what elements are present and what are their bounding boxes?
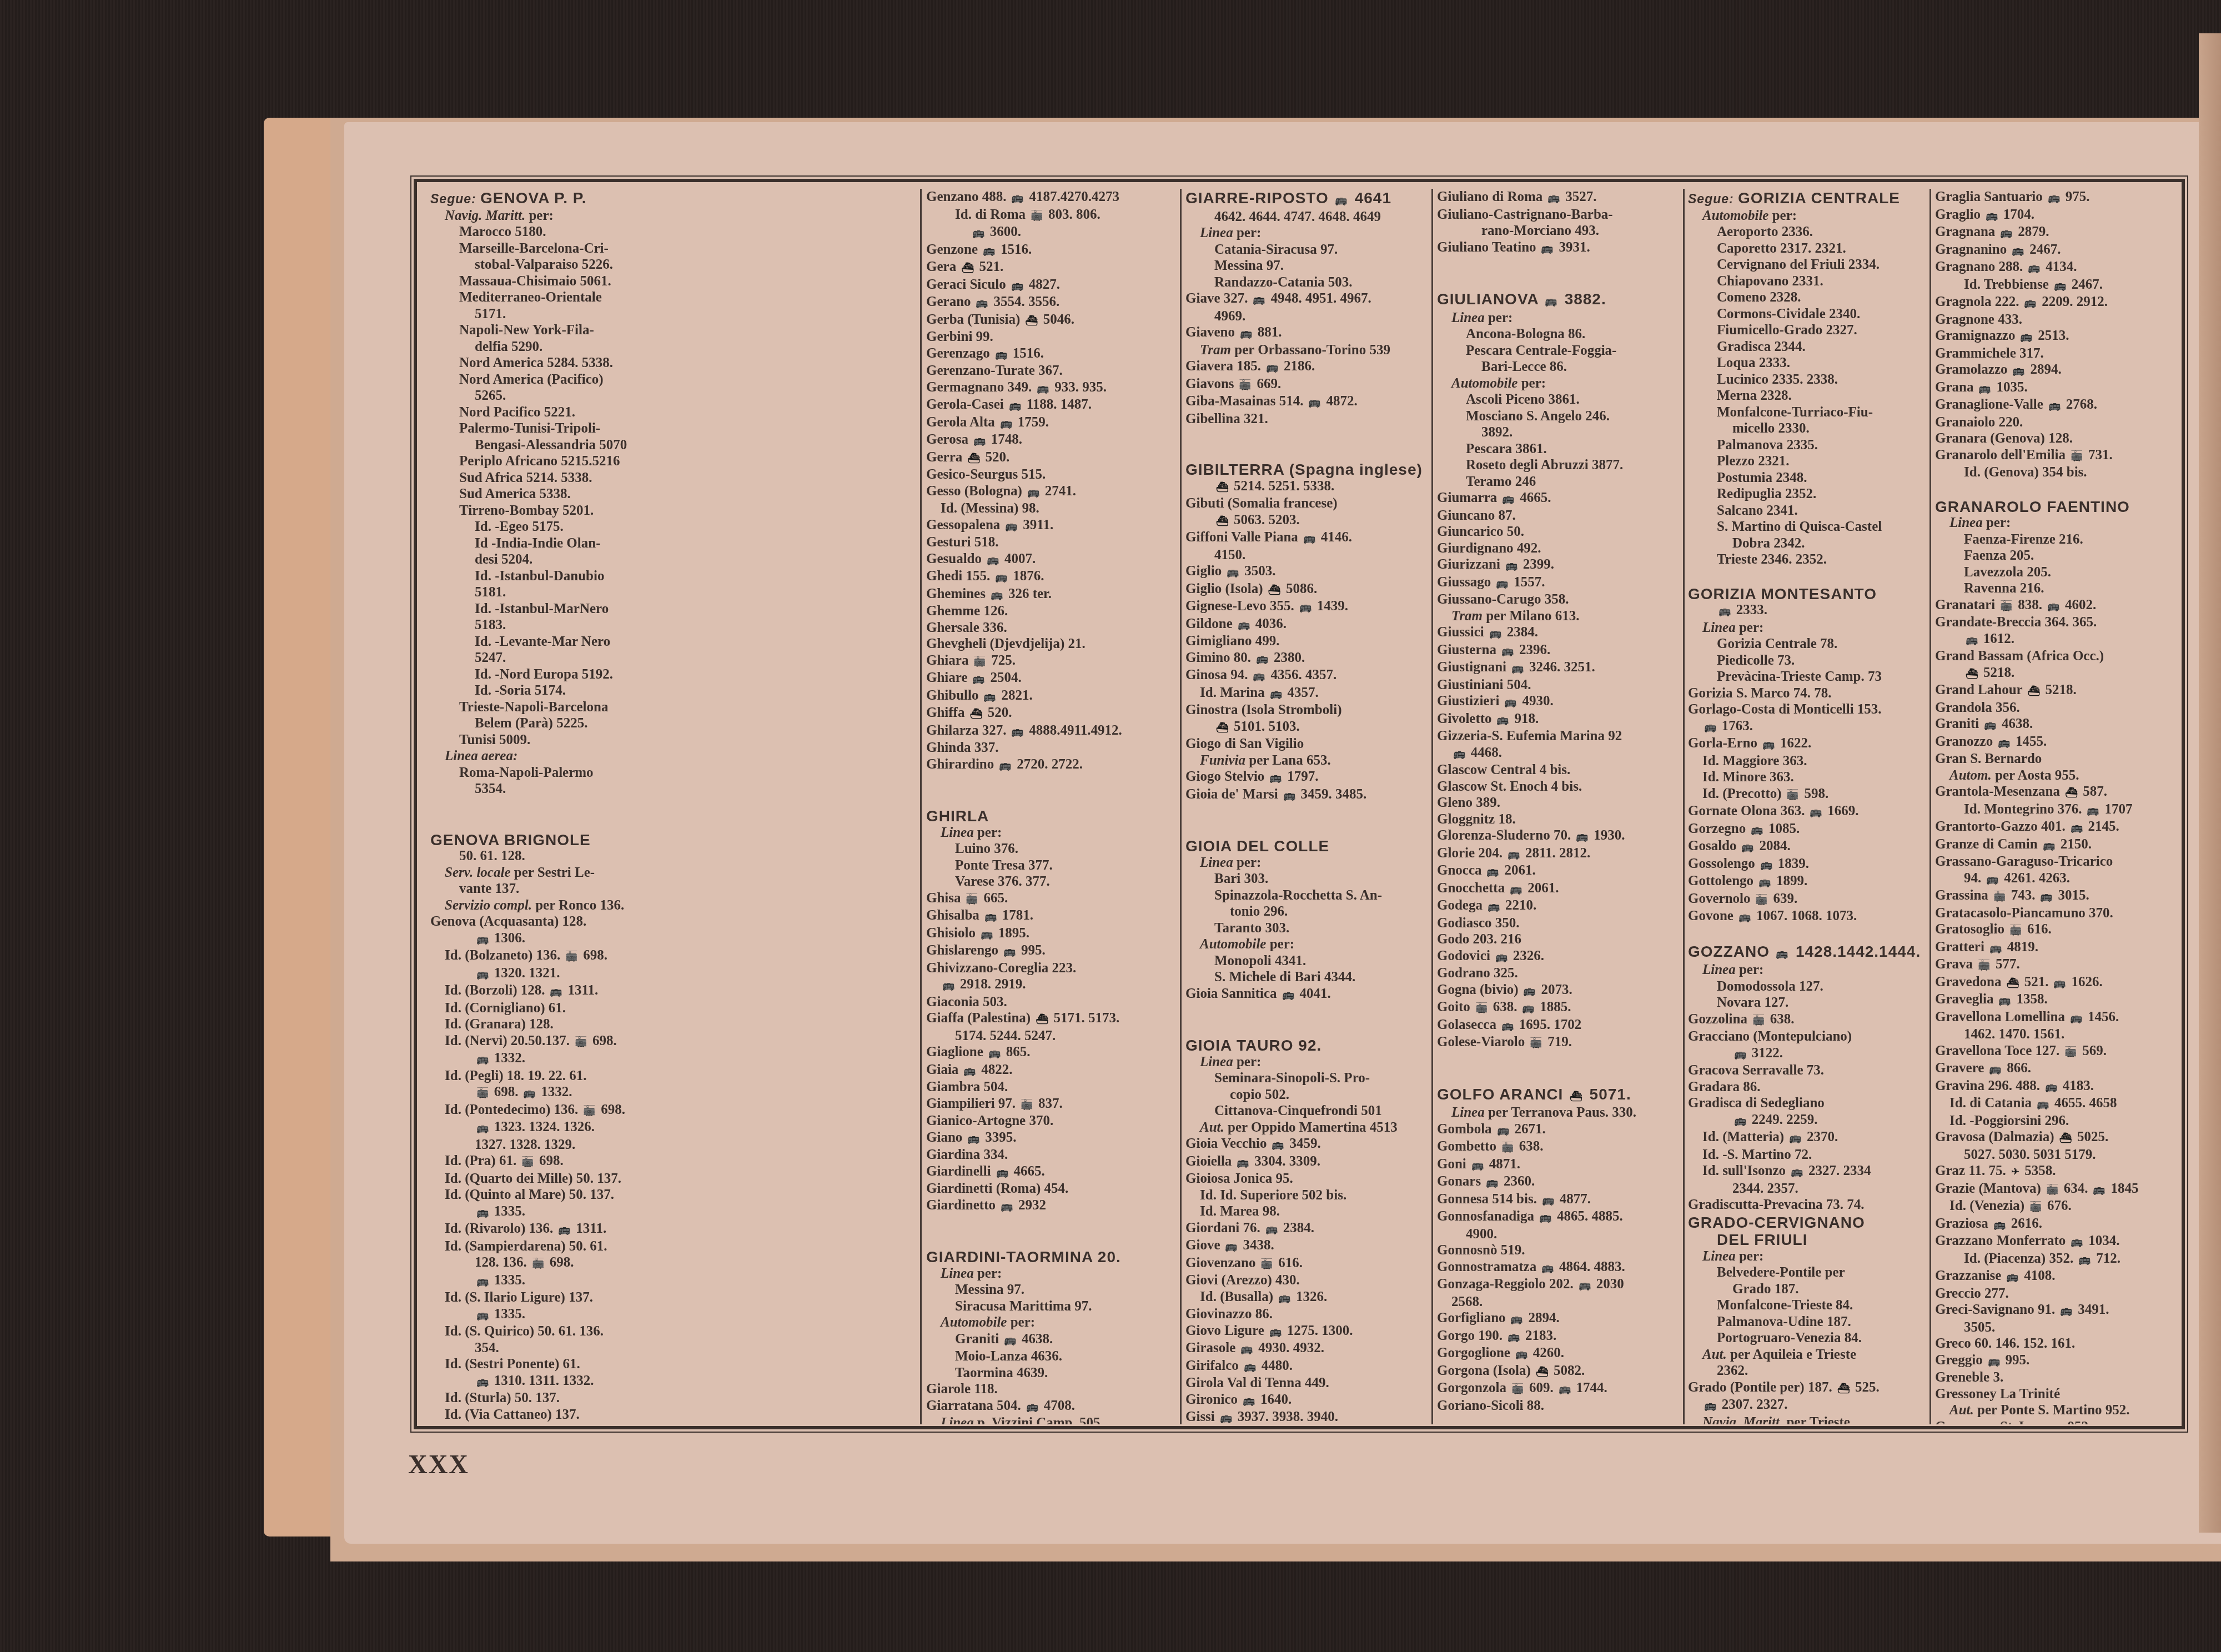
- index-entry: Portogruaro-Venezia 84.: [1688, 1330, 1928, 1347]
- index-entry: Granarolo dell'Emilia 🚋 731.: [1935, 447, 2179, 465]
- index-entry: Dobra 2342.: [1688, 535, 1928, 552]
- bus-icon: 🚌: [1579, 1279, 1591, 1291]
- index-entry: Giuliano-Castrignano-Barba-: [1437, 207, 1681, 223]
- index-entry: Godrano 325.: [1437, 965, 1681, 982]
- index-entry: Id. (Via Cattaneo) 137.: [430, 1407, 916, 1423]
- index-entry: stobal-Valparaiso 5226.: [430, 257, 916, 273]
- index-entry: ⛴ 5063. 5203.: [1185, 512, 1430, 530]
- service-type: Linea: [1200, 855, 1233, 870]
- index-entry: Gesso (Bologna) 🚌 2741.: [926, 483, 1179, 501]
- index-entry: Gozzolina 🚋 638.: [1688, 1011, 1928, 1029]
- index-entry: Gerosa 🚌 1748.: [926, 431, 1179, 449]
- index-entry: Godiasco 350.: [1437, 915, 1681, 932]
- ship-icon: ⛴: [1570, 1091, 1583, 1102]
- index-entry: Graniti 🚌 4638.: [1935, 716, 2179, 734]
- index-entry: Nord America 5284. 5338.: [430, 355, 916, 371]
- index-entry: desi 5204.: [430, 551, 916, 568]
- bus-icon: 🚌: [1791, 1166, 1803, 1178]
- bus-icon: 🚌: [1256, 653, 1268, 665]
- index-entry: Id. (Pra) 61. 🚋 698.: [430, 1153, 916, 1171]
- ship-icon: ⛴: [1216, 481, 1229, 493]
- index-entry: Grantola-Mesenzana ⛴ 587.: [1935, 784, 2179, 801]
- index-entry: Domodossola 127.: [1688, 978, 1928, 995]
- index-entry: Giussano-Carugo 358.: [1437, 591, 1681, 608]
- index-entry: 🚌 1335.: [430, 1306, 916, 1324]
- index-entry: 3505.: [1935, 1319, 2179, 1336]
- service-type: Serv. locale: [445, 865, 510, 880]
- index-entry: Id. (Busalla) 🚌 1326.: [1185, 1289, 1430, 1307]
- index-entry: Gerano 🚌 3554. 3556.: [926, 294, 1179, 312]
- service-type: Linea: [1702, 962, 1736, 977]
- bus-icon: 🚌: [1998, 737, 2010, 749]
- column-1: Segue: GENOVA P. P.Navig. Maritt. per:Ma…: [430, 189, 916, 1424]
- index-entry: Id. (Precotto) 🚋 598.: [1688, 786, 1928, 804]
- index-entry: Giglio 🚌 3503.: [1185, 563, 1430, 581]
- index-entry: Gorzegno 🚌 1085.: [1688, 821, 1928, 838]
- index-entry: 🚌 2333.: [1688, 602, 1928, 620]
- index-entry: Marocco 5180.: [430, 224, 916, 240]
- index-entry: Giovenzano 🚋 616.: [1185, 1255, 1430, 1273]
- index-entry: Graglia Santuario 🚌 975.: [1935, 189, 2179, 207]
- index-entry: Girola Val di Tenna 449.: [1185, 1375, 1430, 1392]
- column-divider: [1431, 189, 1433, 1424]
- index-entry: Gornate Olona 363. 🚌 1669.: [1688, 803, 1928, 821]
- index-entry: Genzone 🚌 1516.: [926, 242, 1179, 259]
- index-entry: Gorgonzola 🚋 609. 🚌 1744.: [1437, 1380, 1681, 1398]
- section-heading: GORIZIA MONTESANTO: [1688, 586, 1928, 602]
- index-entry: Id. -Egeo 5175.: [430, 519, 916, 535]
- index-entry: Belvedere-Pontile per: [1688, 1264, 1928, 1281]
- index-entry: Id. Montegrino 376. 🚌 1707: [1935, 801, 2179, 819]
- bus-icon: 🚌: [1524, 985, 1536, 997]
- bus-icon: 🚌: [1505, 560, 1517, 571]
- index-entry: Chiapovano 2331.: [1688, 273, 1928, 290]
- index-entry: Giaconia 503.: [926, 994, 1179, 1011]
- index-entry: Giuncano 87.: [1437, 508, 1681, 524]
- ship-icon: ⛴: [1268, 584, 1281, 596]
- index-entry: Gressoney St-Jean 🚌 952.: [1935, 1419, 2179, 1425]
- index-entry: Cormons-Cividale 2340.: [1688, 306, 1928, 323]
- bus-icon: 🚌: [1453, 748, 1465, 760]
- index-entry: Monfalcone-Turriaco-Fiu-: [1688, 404, 1928, 421]
- index-entry: Giove 🚌 3438.: [1185, 1237, 1430, 1255]
- index-entry: 4642. 4644. 4747. 4648. 4649: [1185, 209, 1430, 225]
- bus-icon: 🚌: [1751, 824, 1763, 836]
- service-subheading: Linea per:: [1185, 225, 1430, 242]
- index-entry: Gerbini 99.: [926, 329, 1179, 345]
- index-entry: Grassano-Garaguso-Tricarico: [1935, 853, 2179, 870]
- index-entry: 🚌 1763.: [1688, 718, 1928, 736]
- bus-icon: 🚌: [1758, 876, 1771, 888]
- index-entry: Golese-Viarolo 🚋 719.: [1437, 1034, 1681, 1052]
- index-entry: Gragnola 222. 🚌 2209. 2912.: [1935, 294, 2179, 312]
- index-entry: Lucinico 2335. 2338.: [1688, 371, 1928, 388]
- column-divider: [1929, 189, 1931, 1424]
- tram-icon: 🚋: [1475, 1002, 1488, 1014]
- service-type: Linea: [1702, 1249, 1736, 1264]
- ship-icon: ⛴: [2007, 977, 2019, 989]
- tram-icon: 🚋: [2071, 450, 2083, 462]
- section-heading: GIARRE-RIPOSTO 🚌 4641: [1185, 190, 1430, 209]
- index-entry: Grava 🚋 577.: [1935, 956, 2179, 974]
- spacer: [1935, 481, 2179, 498]
- index-entry: Giovinazzo 86.: [1185, 1306, 1430, 1323]
- index-entry: Taormina 4639.: [926, 1365, 1179, 1382]
- index-entry: Gragnanino 🚌 2467.: [1935, 242, 2179, 259]
- service-type: Aut.: [1949, 1403, 1974, 1418]
- bus-icon: 🚌: [1738, 911, 1751, 923]
- service-subheading: Linea per Terranova Paus. 330.: [1437, 1104, 1681, 1121]
- tram-icon: 🚋: [1993, 891, 2006, 902]
- bus-icon: 🚌: [1243, 1395, 1255, 1407]
- bus-icon: 🚌: [1548, 192, 1560, 204]
- index-entry: Ghevgheli (Djevdjelija) 21.: [926, 636, 1179, 652]
- index-entry: Goito 🚋 638. 🚌 1885.: [1437, 999, 1681, 1017]
- index-entry: Gioiella 🚌 3304. 3309.: [1185, 1153, 1430, 1171]
- index-entry: Genova (Acquasanta) 128.: [430, 913, 916, 930]
- index-entry: Pescara 3861.: [1437, 441, 1681, 458]
- index-entry: Bari 303.: [1185, 871, 1430, 887]
- index-entry: Govone 🚌 1067. 1068. 1073.: [1688, 908, 1928, 926]
- index-entry: Id. (Sampierdarena) 50. 61.: [430, 1238, 916, 1255]
- column-5: Segue: GORIZIA CENTRALEAutomobile per:Ae…: [1688, 189, 1928, 1424]
- bus-icon: 🚌: [1283, 790, 1295, 801]
- section-heading: Segue: GORIZIA CENTRALE: [1688, 190, 1928, 208]
- index-entry: Plezzo 2321.: [1688, 453, 1928, 470]
- index-entry: Grammichele 317.: [1935, 345, 2179, 362]
- tram-icon: 🚋: [1756, 894, 1768, 906]
- bus-icon: 🚌: [942, 980, 954, 991]
- bus-icon: 🚌: [1012, 192, 1024, 204]
- tram-icon: 🚋: [1978, 960, 1990, 971]
- index-entry: Gorlago-Costa di Monticelli 153.: [1688, 701, 1928, 718]
- bus-icon: 🚌: [987, 554, 999, 566]
- bus-icon: 🚌: [1810, 806, 1822, 818]
- index-entry: Givoletto 🚌 918.: [1437, 711, 1681, 729]
- bus-icon: 🚌: [1704, 721, 1716, 733]
- index-entry: Granze di Camin 🚌 2150.: [1935, 836, 2179, 854]
- index-entry: Faenza 205.: [1935, 548, 2179, 564]
- index-entry: Id. (Venezia) 🚋 676.: [1935, 1198, 2179, 1216]
- bus-icon: 🚌: [981, 928, 993, 940]
- index-entry: Graziosa 🚌 2616.: [1935, 1216, 2179, 1233]
- index-entry: Giave 327. 🚌 4948. 4951. 4967.: [1185, 290, 1430, 308]
- index-entry: 🚌 1323. 1324. 1326.: [430, 1119, 916, 1137]
- index-entry: Gratteri 🚌 4819.: [1935, 939, 2179, 957]
- bus-icon: 🚌: [476, 968, 489, 980]
- index-entry: Gracciano (Montepulciano): [1688, 1028, 1928, 1045]
- index-entry: Giussago 🚌 1557.: [1437, 574, 1681, 592]
- index-entry: Napoli-New York-Fila-: [430, 322, 916, 339]
- service-type: Aut.: [1702, 1347, 1727, 1362]
- index-entry: Id. (Voltri) 61. 🚋 698.: [430, 1423, 916, 1424]
- section-heading: GIBILTERRA (Spagna inglese): [1185, 461, 1430, 478]
- index-entry: Godo 203. 216: [1437, 931, 1681, 948]
- bus-icon: 🚌: [1486, 1177, 1498, 1188]
- ship-icon: ⛴: [1216, 515, 1229, 527]
- index-entry: Geraci Siculo 🚌 4827.: [926, 277, 1179, 294]
- service-subheading: Automobile per:: [1437, 375, 1681, 392]
- bus-icon: 🚌: [1006, 520, 1018, 532]
- index-entry: Ghersale 336.: [926, 620, 1179, 636]
- index-entry: Grassina 🚋 743. 🚌 3015.: [1935, 887, 2179, 905]
- index-entry: Gianico-Artogne 370.: [926, 1113, 1179, 1129]
- index-entry: Ghisiolo 🚌 1895.: [926, 925, 1179, 943]
- bus-icon: 🚌: [1505, 696, 1517, 708]
- bus-icon: 🚌: [1220, 1412, 1232, 1424]
- bus-icon: 🚌: [1309, 396, 1321, 408]
- index-entry: Graglio 🚌 1704.: [1935, 207, 2179, 224]
- bus-icon: 🚌: [2012, 245, 2024, 257]
- bus-icon: 🚌: [2078, 1254, 2091, 1266]
- index-entry: Gradisca 2344.: [1688, 339, 1928, 355]
- service-subheading: Linea per:: [926, 1266, 1179, 1282]
- index-entry: Giustiniani 504.: [1437, 677, 1681, 694]
- index-entry: Glorenza-Sluderno 70. 🚌 1930.: [1437, 827, 1681, 845]
- index-entry: Nord Pacifico 5221.: [430, 404, 916, 421]
- index-entry: 🚌 1310. 1311. 1332.: [430, 1373, 916, 1390]
- tram-icon: 🚋: [566, 951, 578, 962]
- service-type: Autom.: [1949, 768, 1992, 783]
- index-entry: 🚌 1306.: [430, 930, 916, 948]
- tram-icon: 🚋: [2029, 1201, 2042, 1213]
- index-entry: Gioia Vecchio 🚌 3459.: [1185, 1136, 1430, 1153]
- bus-icon: 🚌: [996, 1167, 1008, 1178]
- index-entry: Postumia 2348.: [1688, 470, 1928, 486]
- bus-icon: 🚌: [1237, 1157, 1249, 1168]
- bus-icon: 🚌: [2047, 600, 2059, 612]
- index-entry: Tunisi 5009.: [430, 732, 916, 749]
- spacer: [1185, 804, 1430, 837]
- index-entry: Cittanova-Cinquefrondi 501: [1185, 1103, 1430, 1119]
- bus-icon: 🚌: [1742, 841, 1754, 853]
- bus-icon: 🚌: [976, 297, 988, 309]
- index-entry: Giardina 334.: [926, 1147, 1179, 1163]
- index-entry: Ghiare 🚌 2504.: [926, 670, 1179, 687]
- bus-icon: 🚌: [550, 986, 562, 997]
- bus-icon: 🚌: [1541, 243, 1554, 254]
- index-entry: Granara (Genova) 128.: [1935, 430, 2179, 447]
- bus-icon: 🚌: [1501, 645, 1514, 657]
- bus-icon: 🚌: [1027, 486, 1039, 498]
- bus-icon: 🚌: [1789, 1132, 1801, 1144]
- bus-icon: 🚌: [1496, 578, 1509, 589]
- bus-icon: 🚌: [1266, 361, 1278, 373]
- index-entry: Glorie 204. 🚌 2811. 2812.: [1437, 845, 1681, 863]
- bus-icon: 🚌: [984, 911, 997, 922]
- index-entry: Gratosoglio 🚋 616.: [1935, 921, 2179, 939]
- column-3: GIARRE-RIPOSTO 🚌 46414642. 4644. 4747. 4…: [1185, 189, 1430, 1424]
- index-entry: Gesturi 518.: [926, 534, 1179, 551]
- bus-icon: 🚌: [1503, 493, 1515, 505]
- index-entry: Varese 376. 377.: [926, 873, 1179, 890]
- index-entry: Graniti 🚌 4638.: [926, 1331, 1179, 1349]
- bus-icon: 🚌: [1508, 848, 1520, 860]
- bus-icon: 🚌: [476, 1207, 489, 1218]
- index-entry: Bari-Lecce 86.: [1437, 359, 1681, 375]
- index-entry: Ascoli Piceno 3861.: [1437, 391, 1681, 408]
- index-entry: 1327. 1328. 1329.: [430, 1137, 916, 1153]
- index-entry: Mediterraneo-Orientale: [430, 289, 916, 306]
- index-entry: Id. sull'Isonzo 🚌 2327. 2334: [1688, 1163, 1928, 1181]
- index-entry: 94. 🚌 4261. 4263.: [1935, 870, 2179, 888]
- index-entry: Gogna (bivio) 🚌 2073.: [1437, 982, 1681, 1000]
- bus-icon: 🚌: [1335, 194, 1348, 206]
- index-entry: Id. (Sestri Ponente) 61.: [430, 1356, 916, 1373]
- bus-icon: 🚌: [559, 1224, 571, 1236]
- index-entry: Id. Minore 363.: [1688, 769, 1928, 786]
- index-entry: Massaua-Chisimaio 5061.: [430, 273, 916, 290]
- bus-icon: 🚌: [1559, 1383, 1571, 1395]
- column-2: Genzano 488. 🚌 4187.4270.4273Id. di Roma…: [926, 189, 1179, 1424]
- index-entry: 5181.: [430, 584, 916, 601]
- index-entry: Redipuglia 2352.: [1688, 486, 1928, 503]
- index-entry: Goni 🚌 4871.: [1437, 1156, 1681, 1174]
- index-entry: Gibuti (Somalia francese): [1185, 495, 1430, 512]
- service-type: Funivia: [1200, 753, 1245, 768]
- index-entry: Ghisalba 🚌 1781.: [926, 907, 1179, 925]
- bus-icon: 🚌: [1522, 1002, 1535, 1014]
- index-entry: Ginostra (Isola Stromboli): [1185, 702, 1430, 719]
- index-entry: 5265.: [430, 388, 916, 404]
- bus-icon: 🚌: [1989, 942, 2002, 954]
- index-entry: Giarratana 504. 🚌 4708.: [926, 1398, 1179, 1415]
- index-entry: 🚌 3600.: [926, 224, 1179, 242]
- index-entry: Gnocchetta 🚌 2061.: [1437, 880, 1681, 898]
- index-entry: Grandate-Breccia 364. 365.: [1935, 614, 2179, 631]
- index-entry: Giardinetto 🚌 2932: [926, 1197, 1179, 1215]
- index-entry: Ancona-Bologna 86.: [1437, 326, 1681, 343]
- ship-icon: ⛴: [2059, 1132, 2072, 1144]
- service-subheading: Linea aerea:: [430, 748, 916, 765]
- index-entry: Id. -Poggiorsini 296.: [1935, 1113, 2179, 1129]
- index-entry: Id. (Pontedecimo) 136. 🚋 698.: [430, 1102, 916, 1119]
- index-entry: Seminara-Sinopoli-S. Pro-: [1185, 1070, 1430, 1087]
- index-entry: Gibellina 321.: [1185, 411, 1430, 428]
- column-divider: [920, 189, 922, 1424]
- bus-icon: 🚌: [524, 1087, 536, 1099]
- index-entry: Godovici 🚌 2326.: [1437, 948, 1681, 966]
- service-subheading: Automobile per:: [1688, 208, 1928, 224]
- index-entry: Giaveno 🚌 881.: [1185, 324, 1430, 342]
- index-entry: Giusterna 🚌 2396.: [1437, 642, 1681, 660]
- index-entry: Id. (Piacenza) 352. 🚌 712.: [1935, 1251, 2179, 1268]
- bus-icon: 🚌: [2028, 262, 2041, 274]
- index-entry: Giuliano di Roma 🚌 3527.: [1437, 189, 1681, 207]
- bus-icon: 🚌: [1993, 1219, 2006, 1231]
- index-entry: Messina 97.: [926, 1282, 1179, 1298]
- index-entry: Greneble 3.: [1935, 1369, 2179, 1386]
- bus-icon: 🚌: [476, 933, 489, 945]
- index-entry: Glascow St. Enoch 4 bis.: [1437, 779, 1681, 795]
- index-entry: Gosaldo 🚌 2084.: [1688, 838, 1928, 856]
- service-type: Linea: [1200, 225, 1233, 240]
- bus-icon: 🚌: [1704, 1400, 1716, 1412]
- index-entry: Taranto 303.: [1185, 920, 1430, 937]
- index-entry: 354.: [430, 1340, 916, 1357]
- spacer: [430, 797, 916, 831]
- bus-icon: 🚌: [1510, 883, 1522, 895]
- index-entry: Spinazzola-Rocchetta S. An-: [1185, 887, 1430, 904]
- bus-icon: 🚌: [995, 349, 1007, 360]
- index-entry: Giurizzani 🚌 2399.: [1437, 556, 1681, 574]
- section-heading: GRANAROLO FAENTINO: [1935, 499, 2179, 515]
- index-entry: Novara 127.: [1688, 995, 1928, 1011]
- index-entry: Catania-Siracusa 97.: [1185, 242, 1430, 258]
- bus-icon: 🚌: [1497, 714, 1509, 726]
- bus-icon: 🚌: [2048, 400, 2061, 411]
- index-entry: Gracova Serravalle 73.: [1688, 1062, 1928, 1079]
- index-entry: Granaglione-Valle 🚌 2768.: [1935, 396, 2179, 414]
- bus-icon: 🚌: [1012, 726, 1024, 737]
- index-entry: Gesico-Seurgus 515.: [926, 466, 1179, 483]
- bus-icon: 🚌: [1539, 1212, 1551, 1223]
- index-entry: 🚌 1320. 1321.: [430, 965, 916, 983]
- index-entry: Ginosa 94. 🚌 4356. 4357.: [1185, 667, 1430, 685]
- index-entry: Gombola 🚌 2671.: [1437, 1121, 1681, 1139]
- index-entry: Gravere 🚌 866.: [1935, 1060, 2179, 1078]
- index-entry: Gera ⛴ 521.: [926, 259, 1179, 277]
- section-heading: GHIRLA: [926, 808, 1179, 825]
- bus-icon: 🚌: [968, 1133, 980, 1144]
- index-entry: Grandola 356.: [1935, 700, 2179, 716]
- index-entry: Gizzeria-S. Eufemia Marina 92: [1437, 728, 1681, 745]
- tram-icon: 🚋: [2001, 600, 2013, 612]
- index-entry: Ghiara 🚋 725.: [926, 652, 1179, 670]
- bus-icon: 🚌: [1282, 989, 1294, 1001]
- service-subheading: Serv. locale per Sestri Le-: [430, 865, 916, 881]
- index-entry: Gradara 86.: [1688, 1079, 1928, 1096]
- index-entry: Giba-Masainas 514. 🚌 4872.: [1185, 393, 1430, 411]
- index-entry: Id. (Sturla) 50. 137.: [430, 1390, 916, 1407]
- index-entry: Grand Lahour ⛴ 5218.: [1935, 682, 2179, 700]
- index-entry: Gramignazzo 🚌 2513.: [1935, 328, 2179, 345]
- index-entry: Gorfigliano 🚌 2894.: [1437, 1310, 1681, 1328]
- index-entry: Ghiffa ⛴ 520.: [926, 705, 1179, 722]
- index-entry: Gratacasolo-Piancamuno 370.: [1935, 905, 2179, 922]
- index-entry: Gossolengo 🚌 1839.: [1688, 856, 1928, 873]
- bus-icon: 🚌: [1000, 418, 1012, 429]
- index-entry: Grado 187.: [1688, 1281, 1928, 1298]
- bus-icon: 🚌: [2048, 192, 2060, 204]
- index-entry: 🚋 698. 🚌 1332.: [430, 1084, 916, 1102]
- index-entry: Roseto degli Abruzzi 3877.: [1437, 457, 1681, 474]
- service-subheading: Aut. per Ponte S. Martino 952.: [1935, 1402, 2179, 1419]
- index-entry: 5171.: [430, 306, 916, 323]
- index-entry: Gradiscutta-Prevacina 73. 74.: [1688, 1197, 1928, 1213]
- index-entry: Gragnano 288. 🚌 4134.: [1935, 259, 2179, 277]
- index-entry: Godega 🚌 2210.: [1437, 897, 1681, 915]
- index-entry: Id. Maggiore 363.: [1688, 753, 1928, 770]
- index-entry: Giavons 🚋 669.: [1185, 376, 1430, 394]
- service-subheading: Linea per:: [1185, 1054, 1430, 1071]
- bus-icon: 🚌: [1987, 873, 1999, 885]
- index-entry: Id. (S. Quirico) 50. 61. 136.: [430, 1323, 916, 1340]
- index-entry: Siracusa Marittima 97.: [926, 1298, 1179, 1315]
- bus-icon: 🚌: [1269, 1326, 1282, 1338]
- bus-icon: 🚌: [2037, 1098, 2049, 1110]
- continued-label: Segue:: [430, 192, 480, 206]
- bus-icon: 🚌: [973, 435, 986, 446]
- index-entry: Gnocca 🚌 2061.: [1437, 862, 1681, 880]
- bus-icon: 🚌: [972, 227, 984, 239]
- index-entry: Ghibullo 🚌 2821.: [926, 687, 1179, 705]
- service-subheading: Tram per Milano 613.: [1437, 608, 1681, 625]
- index-entry: Gragnana 🚌 2879.: [1935, 224, 2179, 242]
- index-entry: Id. -Soria 5174.: [430, 682, 916, 699]
- bus-icon: 🚌: [1979, 383, 1991, 394]
- ship-icon: ⛴: [2027, 685, 2040, 697]
